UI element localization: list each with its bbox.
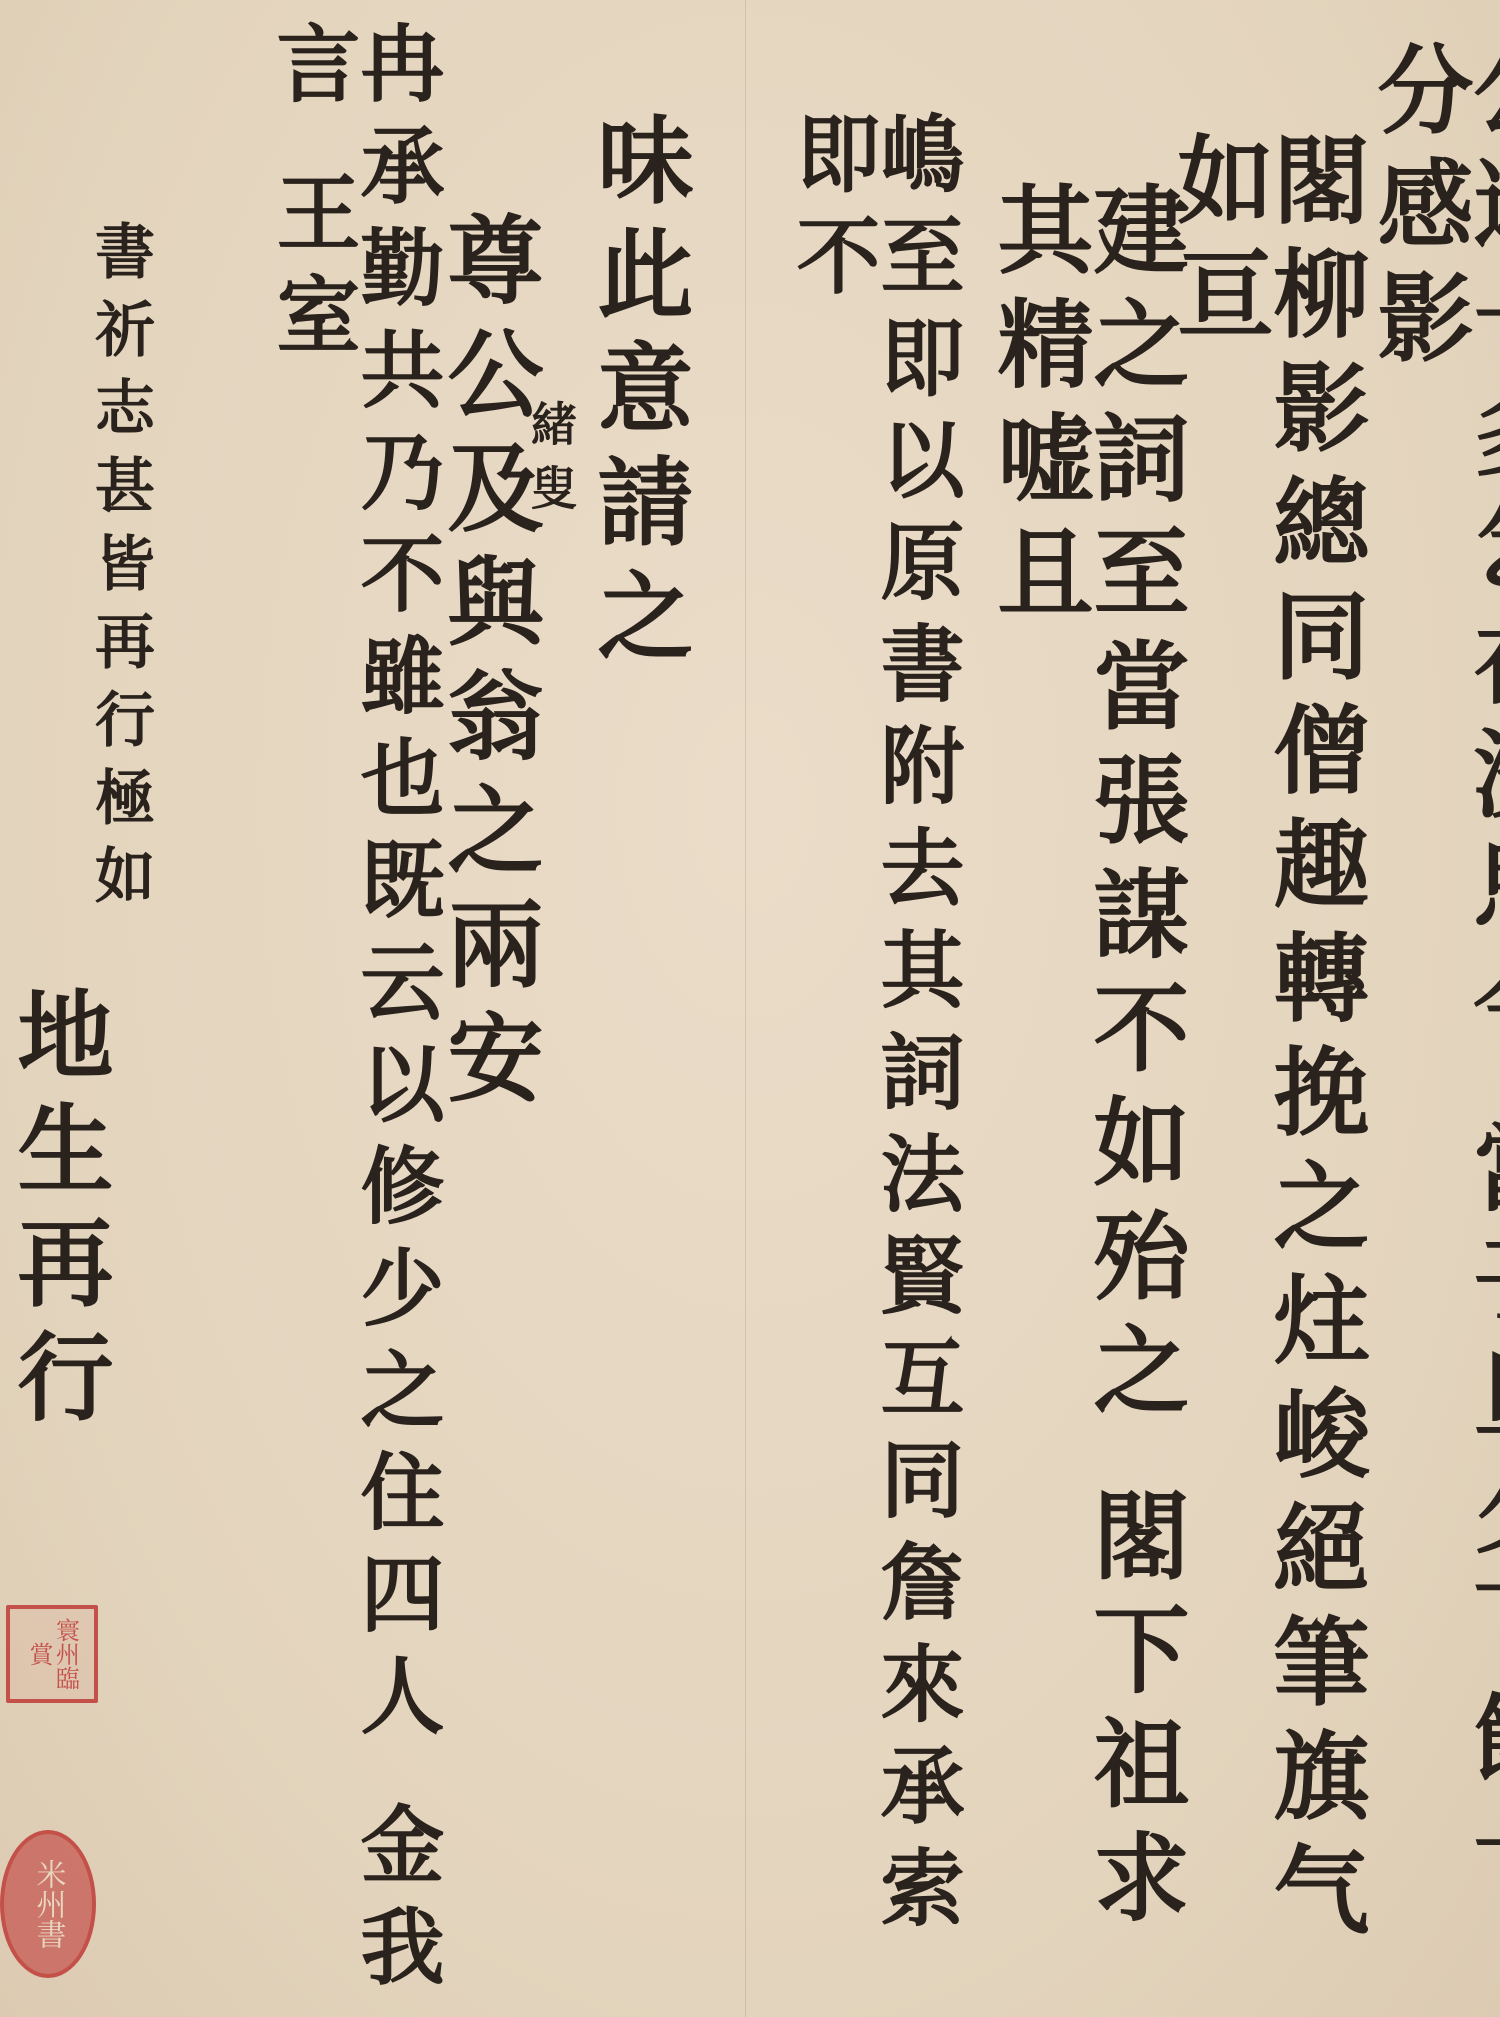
text-column-6-note: 緒叟 <box>528 400 574 528</box>
signature: 地生再行 <box>10 985 106 1441</box>
text-column-6: 尊公及與翁之兩安 <box>440 210 536 1122</box>
text-column-2: 閣柳影總同僧趣轉挽之炷峻絕筆旗气如亘 <box>1170 130 1362 2017</box>
paper-fold-line <box>745 0 746 2017</box>
text-column-1: 公遂一多乞在淡思今 當子旦夕下館十分感影 <box>1370 40 1500 2017</box>
seal-square: 寰州臨賞 <box>6 1605 98 1703</box>
text-column-7: 冉承勤共乃不雖也既云以修少之住四人 金我言 王室 <box>270 20 438 2017</box>
text-column-3: 建之詞至當張謀不如殆之 閣下祖求其精嘘且 <box>990 180 1182 2017</box>
text-column-4: 嶋至即以原書附去其詞法賢互同詹來承索即不 <box>790 110 958 2017</box>
seal-oval: 米州書 <box>0 1830 96 1978</box>
text-column-8: 書祈志甚皆再行極如 <box>90 220 150 922</box>
text-column-5: 味此意請之 <box>590 110 686 680</box>
